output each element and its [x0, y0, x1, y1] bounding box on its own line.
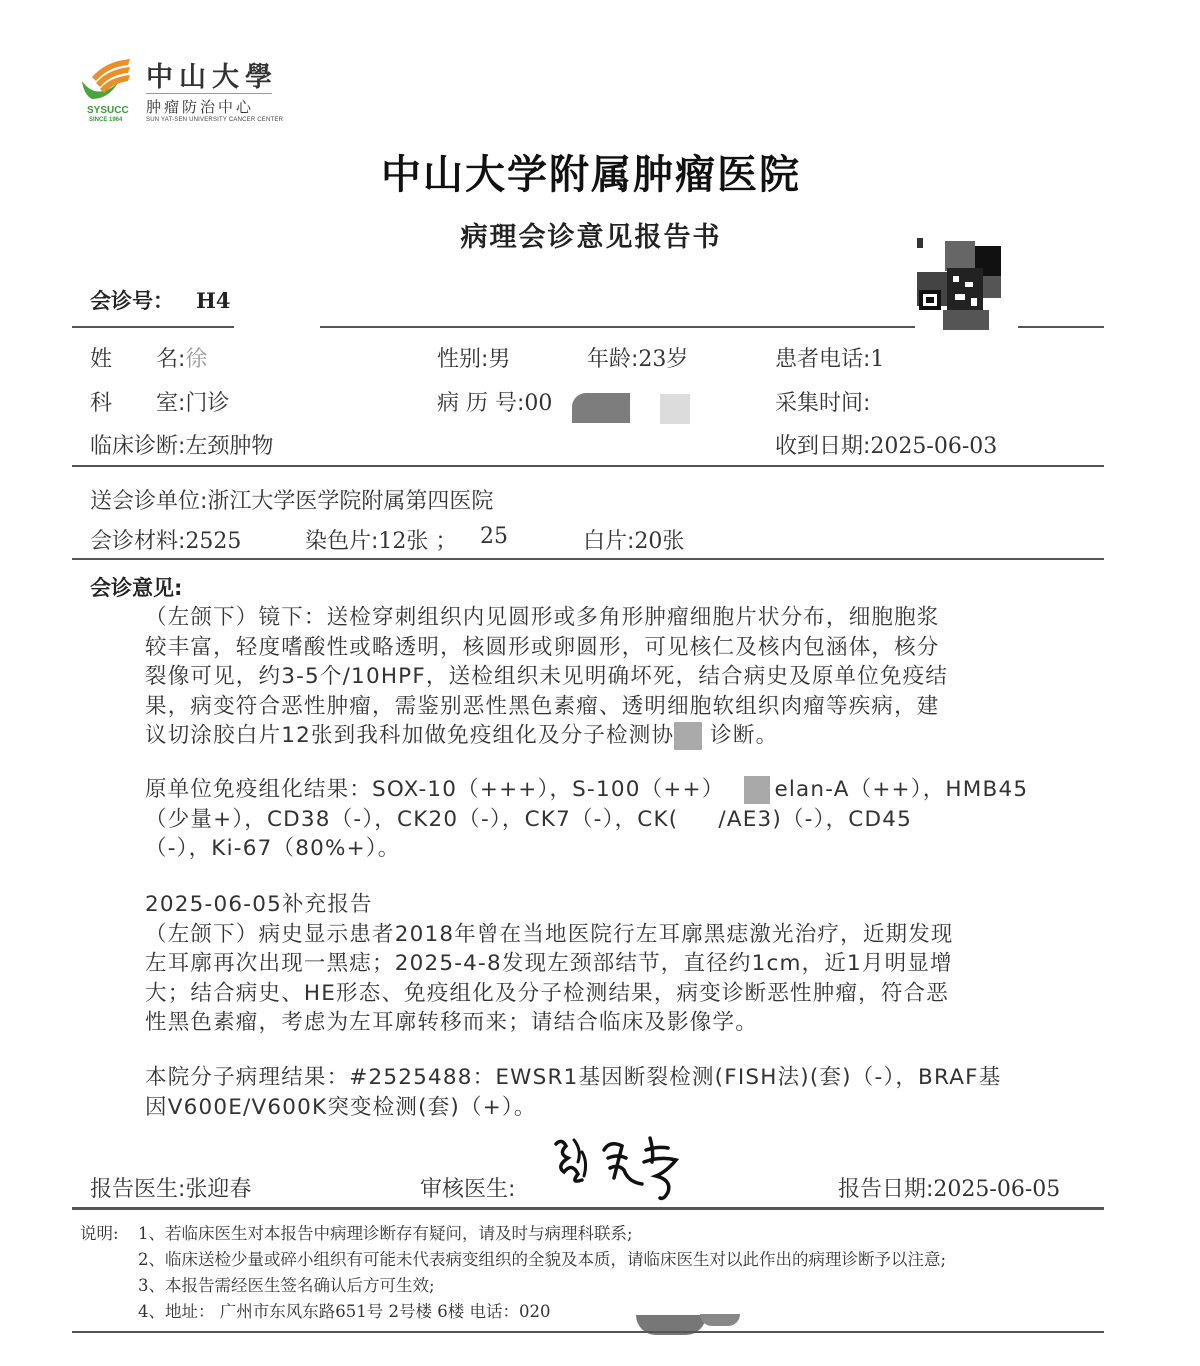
stained-label: 染色片: — [305, 529, 378, 554]
redaction-block — [660, 394, 690, 424]
microscopy-paragraph: （左颌下）镜下：送检穿刺组织内见圆形或多角形肿瘤细胞片状分布，细胞胞浆 较丰富，… — [145, 603, 1045, 751]
note-item-3: 3、本报告需经医生签名确认后方可生效; — [138, 1272, 435, 1296]
notes-label: 说明: — [80, 1220, 119, 1244]
patient-phone: 患者电话:1 — [775, 342, 884, 373]
logo-cn-sub: 肿瘤防治中心 — [146, 96, 254, 117]
note-item-4: 4、地址： 广州市东风东路651号 2号楼 6楼 电话：020 — [138, 1298, 550, 1322]
text-line: 性黑色素瘤，考虑为左耳廓转移而来；请结合临床及影像学。 — [145, 1008, 1045, 1038]
collection-time-label: 采集时间: — [775, 391, 870, 416]
note-item-1: 1、若临床医生对本报告中病理诊断存有疑问，请及时与病理科联系; — [138, 1220, 633, 1244]
reporter-label: 报告医生: — [90, 1177, 185, 1202]
received-date: 收到日期:2025-06-03 — [775, 429, 997, 460]
ihc-paragraph: 原单位免疫组化结果：SOX-10（+++），S-100（++）elan-A（++… — [145, 775, 1045, 864]
text-line: （少量+），CD38（-），CK20（-），CK7（-），CK(/AE3)（-）… — [145, 805, 1045, 835]
text-line: 大；结合病史、HE形态、免疫组化及分子检测结果，病变诊断恶性肿瘤，符合恶 — [145, 979, 1045, 1009]
supplement-title: 2025-06-05补充报告 — [145, 890, 1045, 920]
received-date-label: 收到日期: — [775, 434, 870, 459]
qr-code-icon — [915, 238, 1003, 330]
text-segment: 原单位免疫组化结果：SOX-10（+++），S-100（++） — [145, 777, 724, 802]
department-label: 科 室: — [90, 391, 185, 416]
record-value: 00 — [524, 391, 552, 416]
clinical-diagnosis: 临床诊断:左颈肿物 — [90, 429, 273, 460]
text-line: 原单位免疫组化结果：SOX-10（+++），S-100（++）elan-A（++… — [145, 775, 1045, 805]
patient-name-value: 徐 — [185, 347, 207, 372]
phone-label: 患者电话: — [775, 347, 870, 372]
divider — [1018, 326, 1104, 328]
logo-abbr: SYSUCC — [87, 105, 129, 116]
logo-cn-name: 中山大學 — [146, 55, 278, 94]
diagnosis-value: 左颈肿物 — [185, 434, 273, 459]
consult-number-value: H4 — [196, 288, 230, 313]
text-line: （左颌下）病史显示患者2018年曾在当地医院行左耳廓黑痣激光治疗，近期发现 — [145, 920, 1045, 950]
divider — [72, 558, 1104, 560]
white-value: 20张 — [634, 529, 684, 554]
divider — [72, 326, 234, 328]
molecular-paragraph: 本院分子病理结果：#2525488：EWSR1基因断裂检测(FISH法)(套)（… — [145, 1063, 1045, 1122]
materials-id-2-value: 25 — [480, 524, 508, 549]
report-title: 病理会诊意见报告书 — [0, 215, 1182, 254]
patient-name: 姓 名:徐 — [90, 342, 207, 373]
redaction-block — [744, 776, 770, 804]
reporting-doctor: 报告医生:张迎春 — [90, 1172, 251, 1203]
sysucc-logo: SYSUCC SINCE 1964 中山大學 肿瘤防治中心 SUN YAT-SE… — [78, 55, 278, 130]
logo-rule — [146, 93, 272, 94]
materials-id-1: 2525 — [185, 529, 241, 554]
medical-record-number: 病 历 号:00 — [437, 386, 552, 417]
logo-since: SINCE 1964 — [89, 117, 122, 123]
age-value: 23岁 — [638, 347, 688, 372]
stained-value: 12张 ； — [378, 529, 457, 554]
patient-name-label: 姓 名: — [90, 347, 185, 372]
divider — [72, 1331, 1104, 1333]
submitting-unit: 送会诊单位:浙江大学医学院附属第四医院 — [90, 484, 493, 515]
handwritten-signature-icon — [548, 1132, 688, 1202]
phone-value: 1 — [870, 347, 884, 372]
reviewer-label: 审核医生: — [420, 1177, 515, 1202]
materials-label: 会诊材料: — [90, 529, 185, 554]
department-value: 门诊 — [185, 391, 229, 416]
gender-label: 性别: — [437, 347, 488, 372]
report-date-value: 2025-06-05 — [933, 1177, 1060, 1202]
text-line: 议切涂胶白片12张到我科加做免疫组化及分子检测协诊断。 — [145, 721, 1045, 751]
white-slides: 白片:20张 — [583, 524, 684, 555]
age-label: 年龄: — [587, 347, 638, 372]
patient-age: 年龄:23岁 — [587, 342, 688, 373]
text-segment: /AE3)（-），CD45 — [718, 807, 912, 832]
redaction-block — [674, 722, 702, 750]
consult-number-label: 会诊号： — [90, 289, 174, 313]
stained-slides: 染色片:12张 ； — [305, 524, 457, 555]
text-line: （-），Ki-67（80%+）。 — [145, 834, 1045, 864]
record-label: 病 历 号: — [437, 391, 524, 416]
text-segment: 议切涂胶白片12张到我科加做免疫组化及分子检测协 — [145, 723, 674, 748]
department: 科 室:门诊 — [90, 386, 229, 417]
logo-en-name: SUN YAT-SEN UNIVERSITY CANCER CENTER — [146, 117, 283, 123]
consult-materials: 会诊材料:2525 — [90, 524, 241, 555]
text-segment: elan-A（++），HMB45 — [774, 777, 1028, 802]
text-line: 果，病变符合恶性肿瘤，需鉴别恶性黑色素瘤、透明细胞软组织肉瘤等疾病，建 — [145, 692, 1045, 722]
consult-number: 会诊号：H4 — [90, 285, 230, 315]
note-item-2: 2、临床送检少量或碎小组织有可能未代表病变组织的全貌及本质，请临床医生对以此作出… — [138, 1246, 946, 1270]
divider — [72, 1207, 1104, 1210]
redaction-block — [572, 393, 630, 423]
text-line: 较丰富，轻度嗜酸性或略透明，核圆形或卵圆形，可见核仁及核内包涵体，核分 — [145, 633, 1045, 663]
supplement-paragraph: 2025-06-05补充报告 （左颌下）病史显示患者2018年曾在当地医院行左耳… — [145, 890, 1045, 1038]
text-line: 裂像可见，约3-5个/10HPF，送检组织未见明确坏死，结合病史及原单位免疫结 — [145, 662, 1045, 692]
diagnosis-label: 临床诊断: — [90, 434, 185, 459]
divider — [320, 326, 915, 328]
opinion-heading: 会诊意见: — [90, 572, 182, 602]
text-segment: 诊断。 — [710, 723, 778, 748]
patient-gender: 性别:男 — [437, 342, 510, 373]
gender-value: 男 — [488, 347, 510, 372]
report-date: 报告日期:2025-06-05 — [838, 1172, 1060, 1203]
text-line: 左耳廓再次出现一黑痣；2025-4-8发现左颈部结节，直径约1cm，近1月明显增 — [145, 949, 1045, 979]
text-line: （左颌下）镜下：送检穿刺组织内见圆形或多角形肿瘤细胞片状分布，细胞胞浆 — [145, 603, 1045, 633]
text-line: 因V600E/V600K突变检测(套)（+）。 — [145, 1093, 1045, 1123]
received-date-value: 2025-06-03 — [870, 434, 997, 459]
white-label: 白片: — [583, 529, 634, 554]
submitting-unit-value: 浙江大学医学院附属第四医院 — [207, 489, 493, 514]
divider — [72, 465, 1104, 467]
collection-time: 采集时间: — [775, 386, 870, 417]
reviewing-doctor: 审核医生: — [420, 1172, 515, 1203]
hospital-title: 中山大学附属肿瘤医院 — [0, 143, 1182, 200]
text-segment: （少量+），CD38（-），CK20（-），CK7（-），CK( — [145, 807, 678, 832]
text-line: 本院分子病理结果：#2525488：EWSR1基因断裂检测(FISH法)(套)（… — [145, 1063, 1045, 1093]
report-date-label: 报告日期: — [838, 1177, 933, 1202]
redaction-block — [700, 1314, 740, 1326]
submitting-unit-label: 送会诊单位: — [90, 489, 207, 514]
materials-id-2: 25 — [480, 524, 508, 549]
reporter-value: 张迎春 — [185, 1177, 251, 1202]
